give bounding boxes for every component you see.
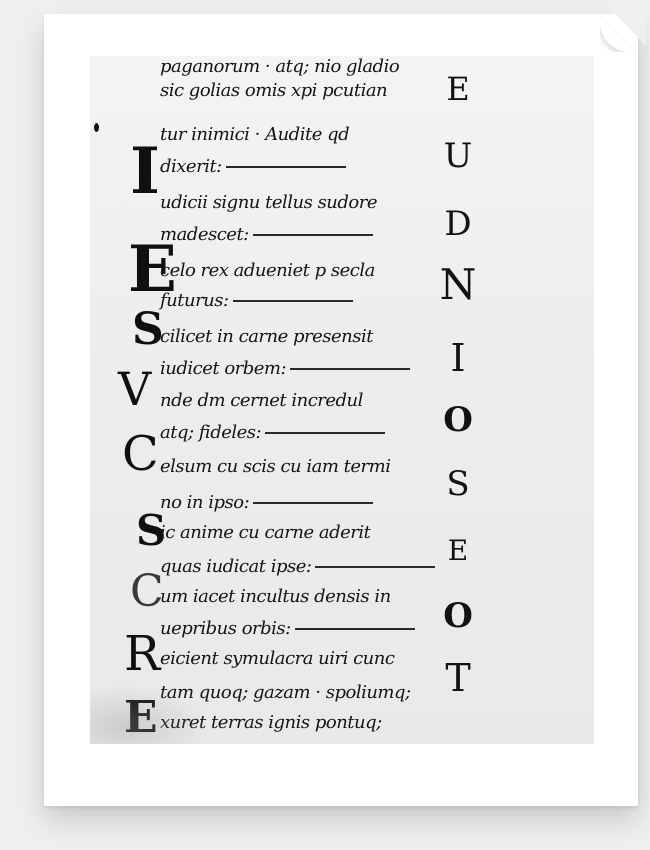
capital-letter: E [436, 534, 480, 567]
text-line: nde dm cernet incredul [160, 390, 363, 411]
text-line: sic golias omis xpi pcutian [160, 80, 387, 101]
capital-letter: O [436, 400, 480, 440]
text-line: no in ipso: [160, 492, 373, 513]
text-line: um iacet incultus densis in [160, 586, 391, 607]
poster-print: I E S V C S C R E paganorum · atq; nio g… [44, 14, 638, 806]
text-line: iudicet orbem: [160, 358, 410, 379]
initial-s: S [132, 304, 164, 355]
initial-v: V [118, 362, 151, 416]
text-line: dixerit: [160, 156, 346, 177]
text-line: elsum cu scis cu iam termi [160, 456, 390, 477]
text-line: celo rex adueniet p secla [160, 260, 375, 281]
capital-letter: E [436, 70, 480, 108]
capital-letter: D [436, 204, 480, 244]
capital-letter: U [436, 136, 480, 176]
initial-r: R [124, 626, 160, 682]
text-line: madescet: [160, 224, 373, 245]
capital-letter: O [436, 596, 480, 636]
text-line: futurus: [160, 290, 353, 311]
text-line: uepribus orbis: [160, 618, 415, 639]
capital-letter: N [436, 260, 480, 309]
capital-letter: S [436, 464, 480, 504]
print-smudge [90, 684, 210, 744]
capital-letter: T [436, 656, 480, 700]
text-line: cilicet in carne presensit [160, 326, 373, 347]
text-line: tur inimici · Audite qd [160, 124, 349, 145]
text-line: eicient symulacra uiri cunc [160, 648, 394, 669]
initial-c: C [122, 426, 159, 482]
manuscript-photo: I E S V C S C R E paganorum · atq; nio g… [90, 56, 594, 744]
text-line: paganorum · atq; nio gladio [160, 56, 399, 77]
text-line: atq; fideles: [160, 422, 385, 443]
initial-i: I [130, 134, 160, 209]
initial-c2: C [130, 566, 164, 617]
text-line: ic anime cu carne aderit [160, 522, 370, 543]
text-line: udicii signu tellus sudore [160, 192, 377, 213]
ink-blot [94, 123, 99, 132]
text-line: quas iudicat ipse: [160, 556, 435, 577]
capital-letter: I [436, 336, 480, 380]
